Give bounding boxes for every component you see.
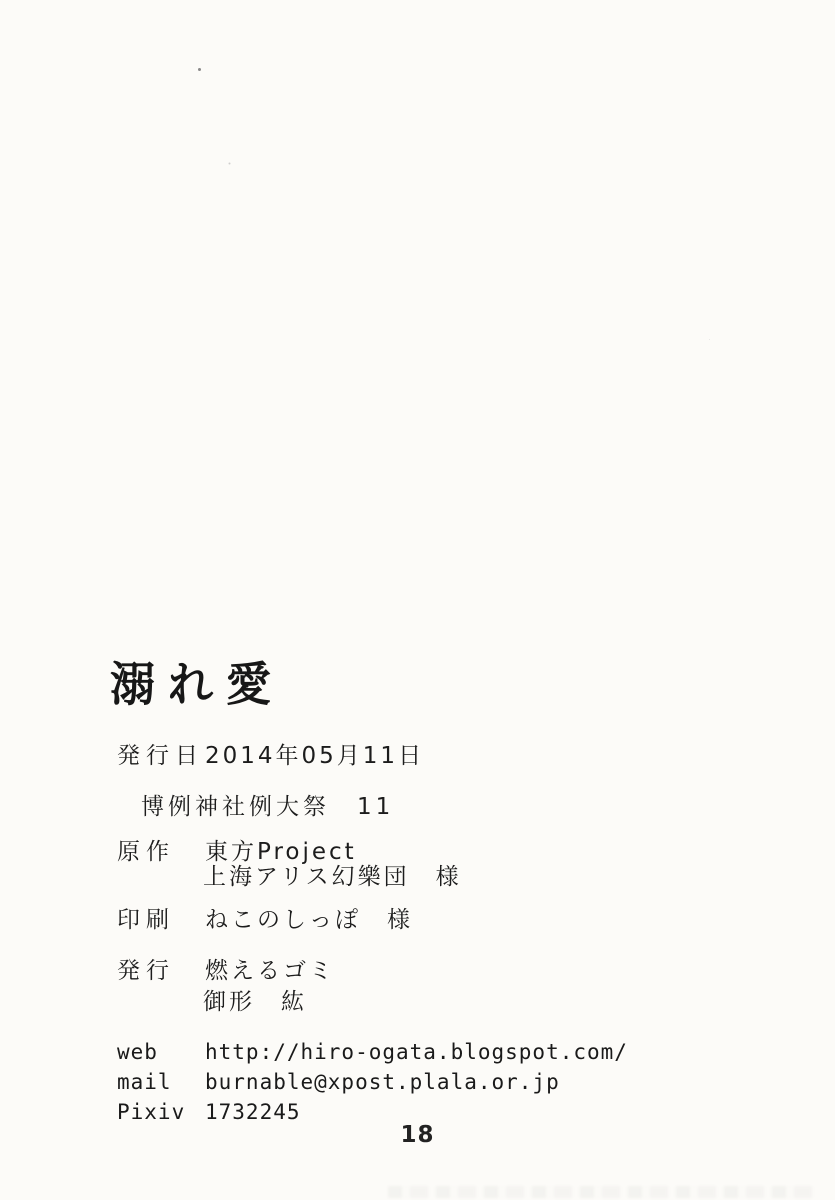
pixiv-row: Pixiv 1732245 <box>117 1100 301 1124</box>
original-work-circle: 上海アリス幻樂団 様 <box>203 858 462 891</box>
pixiv-id: 1732245 <box>205 1100 301 1124</box>
web-row: web http://hiro-ogata.blogspot.com/ <box>117 1040 628 1064</box>
publisher-circle: 燃えるゴミ <box>205 952 335 985</box>
printing-company: ねこのしっぽ 様 <box>205 901 413 934</box>
publish-date-row: 発行日 2014年05月11日 <box>117 737 424 770</box>
event-name: 博例神社例大祭 11 <box>141 788 394 821</box>
next-page-bleed-through <box>388 1186 818 1198</box>
pixiv-label: Pixiv <box>117 1100 205 1124</box>
doujin-title: 溺れ愛 <box>110 659 284 710</box>
page-number: 18 <box>0 1122 835 1148</box>
scan-noise-specks <box>198 68 201 71</box>
mail-address: burnable@xpost.plala.or.jp <box>205 1070 560 1094</box>
publish-date-label: 発行日 <box>117 737 205 770</box>
printing-row: 印刷 ねこのしっぽ 様 <box>117 901 413 934</box>
publish-date-value: 2014年05月11日 <box>205 737 424 770</box>
mail-row: mail burnable@xpost.plala.or.jp <box>117 1070 560 1094</box>
scanned-colophon-page: 溺れ愛 発行日 2014年05月11日 博例神社例大祭 11 原作 東方Proj… <box>0 0 835 1200</box>
web-label: web <box>117 1040 205 1064</box>
printing-label: 印刷 <box>117 901 205 934</box>
web-url: http://hiro-ogata.blogspot.com/ <box>205 1040 628 1064</box>
publisher-row: 発行 燃えるゴミ <box>117 952 335 985</box>
publisher-author: 御形 紘 <box>203 983 307 1016</box>
original-work-label: 原作 <box>117 833 205 866</box>
mail-label: mail <box>117 1070 205 1094</box>
publisher-label: 発行 <box>117 952 205 985</box>
